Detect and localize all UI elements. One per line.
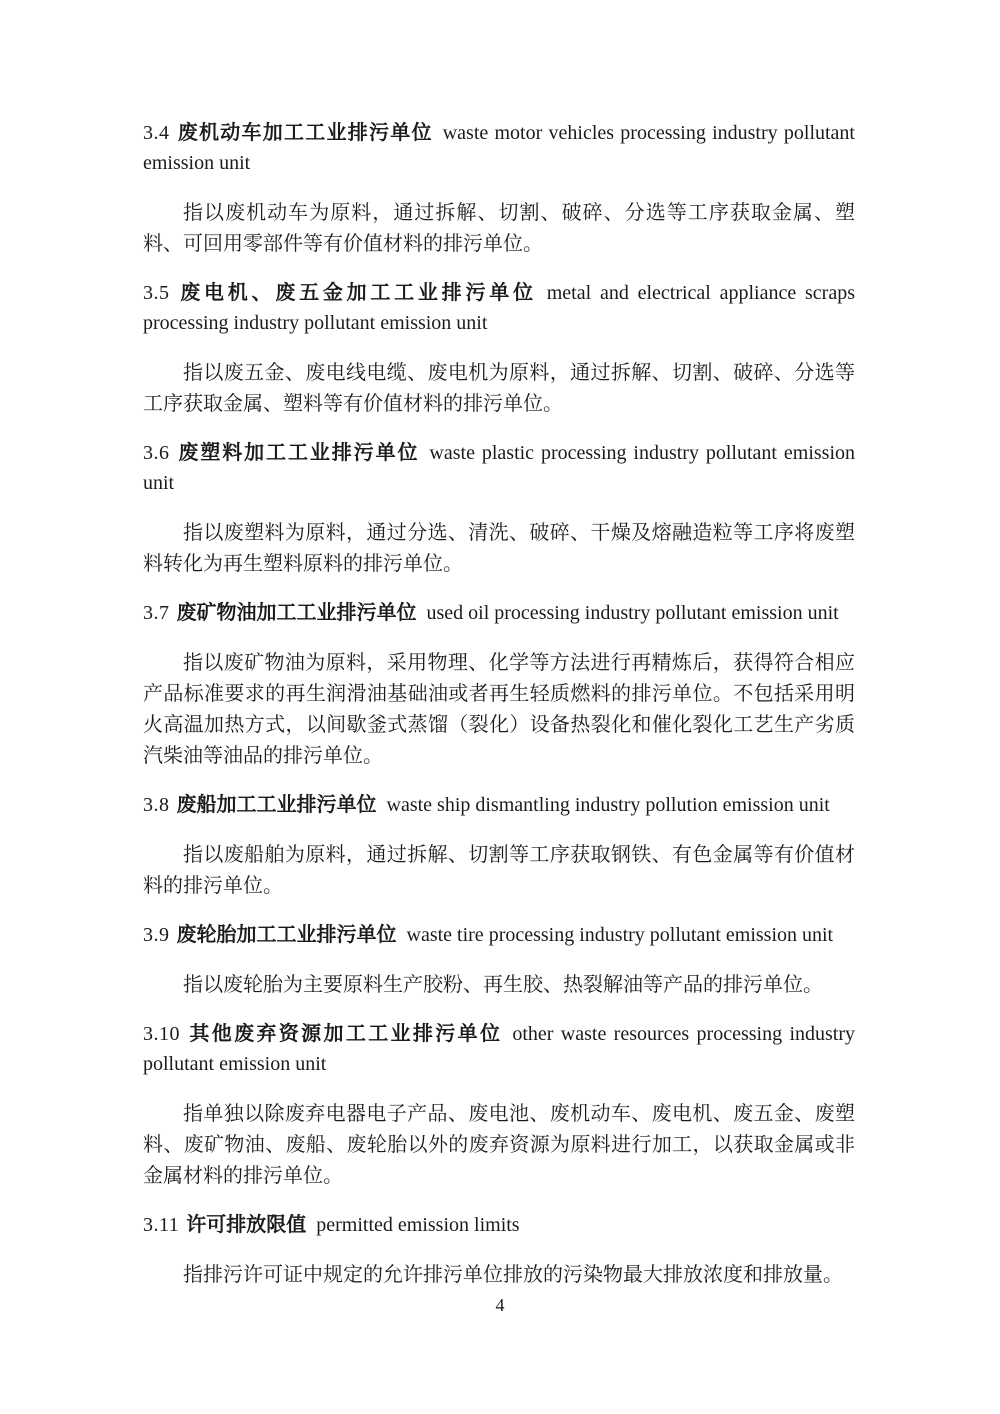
definition-text: 指以废机动车为原料，通过拆解、切割、破碎、分选等工序获取金属、塑料、可回用零部件… xyxy=(143,198,855,260)
term-chinese: 废机动车加工工业排污单位 xyxy=(177,122,433,144)
term-chinese: 其他废弃资源加工工业排污单位 xyxy=(187,1023,502,1045)
section-number: 3.5 xyxy=(143,282,170,304)
definition-text: 指以废轮胎为主要原料生产胶粉、再生胶、热裂解油等产品的排污单位。 xyxy=(143,970,855,1001)
page-number: 4 xyxy=(496,1295,505,1315)
term-english: waste tire processing industry pollutant… xyxy=(407,924,834,946)
definition-heading: 3.7废矿物油加工工业排污单位used oil processing indus… xyxy=(143,598,855,628)
section-number: 3.11 xyxy=(143,1214,179,1236)
term-chinese: 废塑料加工工业排污单位 xyxy=(177,442,420,464)
definition-heading: 3.10其他废弃资源加工工业排污单位other waste resources … xyxy=(143,1019,855,1079)
definition-heading: 3.11许可排放限值permitted emission limits xyxy=(143,1210,855,1240)
document-page: 3.4废机动车加工工业排污单位waste motor vehicles proc… xyxy=(0,0,1000,1414)
page-footer: 4 xyxy=(0,1295,1000,1316)
definition-text: 指以废五金、废电线电缆、废电机为原料，通过拆解、切割、破碎、分选等工序获取金属、… xyxy=(143,358,855,420)
term-english: permitted emission limits xyxy=(316,1214,519,1236)
definition-text: 指以废塑料为原料，通过分选、清洗、破碎、干燥及熔融造粒等工序将废塑料转化为再生塑… xyxy=(143,518,855,580)
definition-heading: 3.5废电机、废五金加工工业排污单位metal and electrical a… xyxy=(143,278,855,338)
section-number: 3.4 xyxy=(143,122,170,144)
definition-section-3-8: 3.8废船加工工业排污单位waste ship dismantling indu… xyxy=(143,790,855,902)
definition-section-3-5: 3.5废电机、废五金加工工业排污单位metal and electrical a… xyxy=(143,278,855,420)
definition-section-3-11: 3.11许可排放限值permitted emission limits 指排污许… xyxy=(143,1210,855,1291)
definition-heading: 3.4废机动车加工工业排污单位waste motor vehicles proc… xyxy=(143,118,855,178)
term-chinese: 废电机、废五金加工工业排污单位 xyxy=(177,282,537,304)
term-chinese: 废船加工工业排污单位 xyxy=(177,794,377,816)
definition-section-3-6: 3.6废塑料加工工业排污单位waste plastic processing i… xyxy=(143,438,855,580)
section-number: 3.8 xyxy=(143,794,170,816)
definition-text: 指排污许可证中规定的允许排污单位排放的污染物最大排放浓度和排放量。 xyxy=(143,1260,855,1291)
definition-section-3-4: 3.4废机动车加工工业排污单位waste motor vehicles proc… xyxy=(143,118,855,260)
term-english: waste ship dismantling industry pollutio… xyxy=(387,794,830,816)
definition-section-3-10: 3.10其他废弃资源加工工业排污单位other waste resources … xyxy=(143,1019,855,1192)
definition-text: 指以废船舶为原料，通过拆解、切割等工序获取钢铁、有色金属等有价值材料的排污单位。 xyxy=(143,840,855,902)
definition-heading: 3.6废塑料加工工业排污单位waste plastic processing i… xyxy=(143,438,855,498)
term-english: used oil processing industry pollutant e… xyxy=(427,602,839,624)
definition-heading: 3.9废轮胎加工工业排污单位waste tire processing indu… xyxy=(143,920,855,950)
section-number: 3.9 xyxy=(143,924,170,946)
definition-heading: 3.8废船加工工业排污单位waste ship dismantling indu… xyxy=(143,790,855,820)
definition-section-3-7: 3.7废矿物油加工工业排污单位used oil processing indus… xyxy=(143,598,855,772)
term-chinese: 废轮胎加工工业排污单位 xyxy=(177,924,397,946)
definition-text: 指以废矿物油为原料，采用物理、化学等方法进行再精炼后，获得符合相应产品标准要求的… xyxy=(143,648,855,772)
section-number: 3.10 xyxy=(143,1023,180,1045)
section-number: 3.6 xyxy=(143,442,170,464)
definition-section-3-9: 3.9废轮胎加工工业排污单位waste tire processing indu… xyxy=(143,920,855,1001)
section-number: 3.7 xyxy=(143,602,170,624)
term-chinese: 许可排放限值 xyxy=(186,1214,306,1236)
definition-text: 指单独以除废弃电器电子产品、废电池、废机动车、废电机、废五金、废塑料、废矿物油、… xyxy=(143,1099,855,1192)
term-chinese: 废矿物油加工工业排污单位 xyxy=(177,602,417,624)
